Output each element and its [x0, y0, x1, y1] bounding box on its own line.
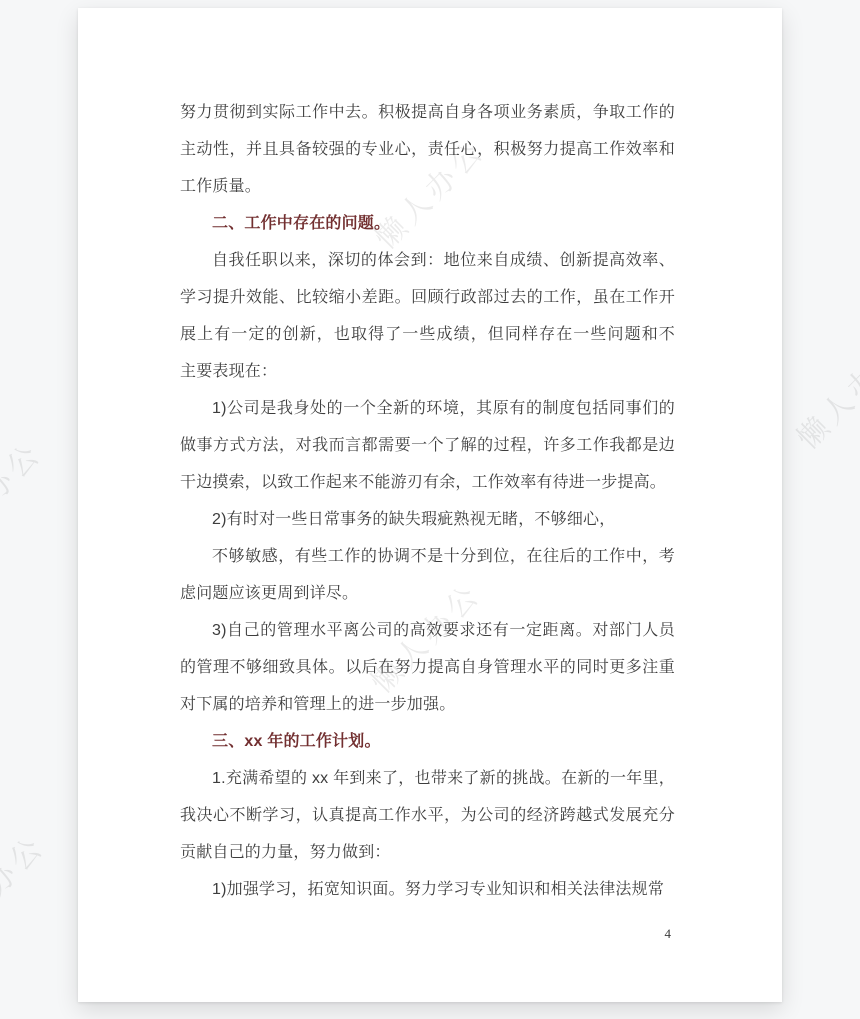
page-number: 4: [180, 926, 675, 942]
text-line: 2)有时对一些日常事务的缺失瑕疵熟视无睹，不够细心，: [180, 501, 675, 538]
document-viewer-background: 努力贯彻到实际工作中去。积极提高自身各项业务素质，争取工作的主动性，并且具备较强…: [0, 0, 860, 1019]
text-line: 我决心不断学习，认真提高工作水平，为公司的经济跨越式发展充分: [180, 797, 675, 834]
paragraph: 1.充满希望的 xx 年到来了，也带来了新的挑战。在新的一年里，我决心不断学习，…: [180, 760, 675, 871]
document-page: 努力贯彻到实际工作中去。积极提高自身各项业务素质，争取工作的主动性，并且具备较强…: [78, 8, 782, 1002]
section-heading: 二、工作中存在的问题。: [180, 205, 675, 242]
watermark-text: 懒人办公: [0, 823, 53, 953]
text-line: 3)自己的管理水平离公司的高效要求还有一定距离。对部门人员: [180, 612, 675, 649]
paragraph: 2)有时对一些日常事务的缺失瑕疵熟视无睹，不够细心，: [180, 501, 675, 538]
text-line: 展上有一定的创新，也取得了一些成绩，但同样存在一些问题和不足。: [180, 316, 675, 353]
text-line: 贡献自己的力量，努力做到：: [180, 834, 675, 871]
watermark-text: 懒人办公: [0, 430, 50, 560]
text-line: 1)公司是我身处的一个全新的环境，其原有的制度包括同事们的: [180, 390, 675, 427]
text-line: 二、工作中存在的问题。: [180, 205, 675, 242]
paragraph: 努力贯彻到实际工作中去。积极提高自身各项业务素质，争取工作的主动性，并且具备较强…: [180, 94, 675, 205]
text-line: 主要表现在：: [180, 353, 675, 390]
watermark-text: 懒人办公: [785, 327, 860, 457]
paragraph: 1)加强学习，拓宽知识面。努力学习专业知识和相关法律法规常: [180, 871, 675, 908]
text-line: 工作质量。: [180, 168, 675, 205]
text-line: 学习提升效能、比较缩小差距。回顾行政部过去的工作，虽在工作开: [180, 279, 675, 316]
text-line: 三、xx 年的工作计划。: [180, 723, 675, 760]
paragraph: 1)公司是我身处的一个全新的环境，其原有的制度包括同事们的做事方式方法，对我而言…: [180, 390, 675, 501]
paragraph: 不够敏感，有些工作的协调不是十分到位，在往后的工作中，考虑问题应该更周到详尽。: [180, 538, 675, 612]
paragraph: 3)自己的管理水平离公司的高效要求还有一定距离。对部门人员的管理不够细致具体。以…: [180, 612, 675, 723]
text-line: 自我任职以来，深切的体会到：地位来自成绩、创新提高效率、: [180, 242, 675, 279]
paragraph: 自我任职以来，深切的体会到：地位来自成绩、创新提高效率、学习提升效能、比较缩小差…: [180, 242, 675, 390]
text-line: 1)加强学习，拓宽知识面。努力学习专业知识和相关法律法规常: [180, 871, 675, 908]
section-heading: 三、xx 年的工作计划。: [180, 723, 675, 760]
text-line: 干边摸索，以致工作起来不能游刃有余，工作效率有待进一步提高。: [180, 464, 675, 501]
text-line: 的管理不够细致具体。以后在努力提高自身管理水平的同时更多注重: [180, 649, 675, 686]
text-line: 不够敏感，有些工作的协调不是十分到位，在往后的工作中，考: [180, 538, 675, 575]
text-line: 做事方式方法，对我而言都需要一个了解的过程，许多工作我都是边: [180, 427, 675, 464]
document-content: 努力贯彻到实际工作中去。积极提高自身各项业务素质，争取工作的主动性，并且具备较强…: [180, 94, 675, 908]
text-line: 1.充满希望的 xx 年到来了，也带来了新的挑战。在新的一年里，: [180, 760, 675, 797]
text-line: 努力贯彻到实际工作中去。积极提高自身各项业务素质，争取工作的: [180, 94, 675, 131]
text-line: 主动性，并且具备较强的专业心，责任心，积极努力提高工作效率和: [180, 131, 675, 168]
text-line: 对下属的培养和管理上的进一步加强。: [180, 686, 675, 723]
text-line: 虑问题应该更周到详尽。: [180, 575, 675, 612]
